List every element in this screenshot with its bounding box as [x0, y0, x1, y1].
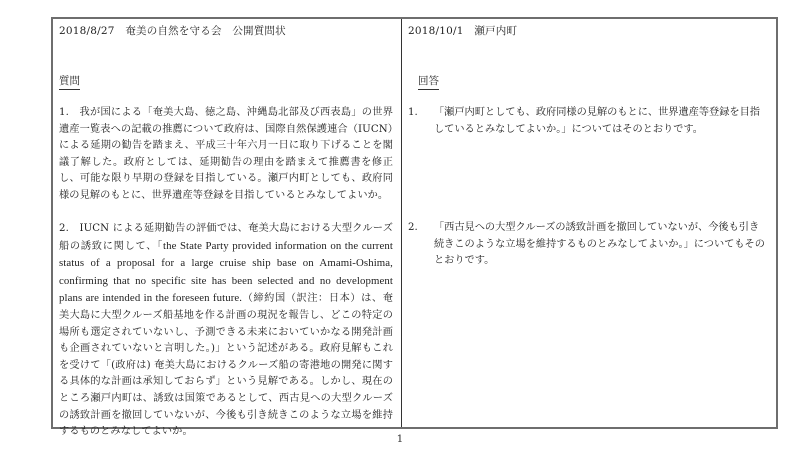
question-1: 1. 我が国による「奄美大島、徳之島、沖縄島北部及び西表島」の世界遺産一覧表への… — [59, 105, 393, 205]
answer-2-text: 「西古見への大型クルーズの誘致計画を撤回していないが、今後も引き続きこのような立… — [434, 220, 768, 270]
questions-header: 2018/8/27 奄美の自然を守る会 公開質問状 — [59, 24, 401, 38]
answer-2: 2. 「西古見への大型クルーズの誘致計画を撤回していないが、今後も引き続きこのよ… — [408, 220, 768, 270]
questions-section-label: 質問 — [59, 74, 80, 90]
qa-table: 2018/8/27 奄美の自然を守る会 公開質問状 質問 1. 我が国による「奄… — [51, 17, 778, 429]
answer-2-number: 2. — [408, 220, 434, 270]
answers-header: 2018/10/1 瀬戸内町 — [408, 24, 776, 38]
answer-1-text: 「瀬戸内町としても、政府同様の見解のもとに、世界遺産等登録を目指しているとみなし… — [434, 105, 768, 138]
answers-column: 2018/10/1 瀬戸内町 回答 1. 「瀬戸内町としても、政府同様の見解のも… — [402, 19, 776, 427]
question-2-rest: （締約国（訳注：日本）は、奄美大島に大型クルーズ船基地を作る計画の現況を報告し、… — [59, 293, 393, 437]
questions-column: 2018/8/27 奄美の自然を守る会 公開質問状 質問 1. 我が国による「奄… — [53, 19, 402, 427]
answer-1: 1. 「瀬戸内町としても、政府同様の見解のもとに、世界遺産等登録を目指していると… — [408, 105, 768, 138]
page-number: 1 — [0, 433, 800, 445]
question-2: 2. IUCN による延期勧告の評価では、奄美大島における大型クルーズ船の誘致に… — [59, 221, 393, 441]
answer-1-number: 1. — [408, 105, 434, 138]
answers-section-label: 回答 — [418, 74, 439, 90]
